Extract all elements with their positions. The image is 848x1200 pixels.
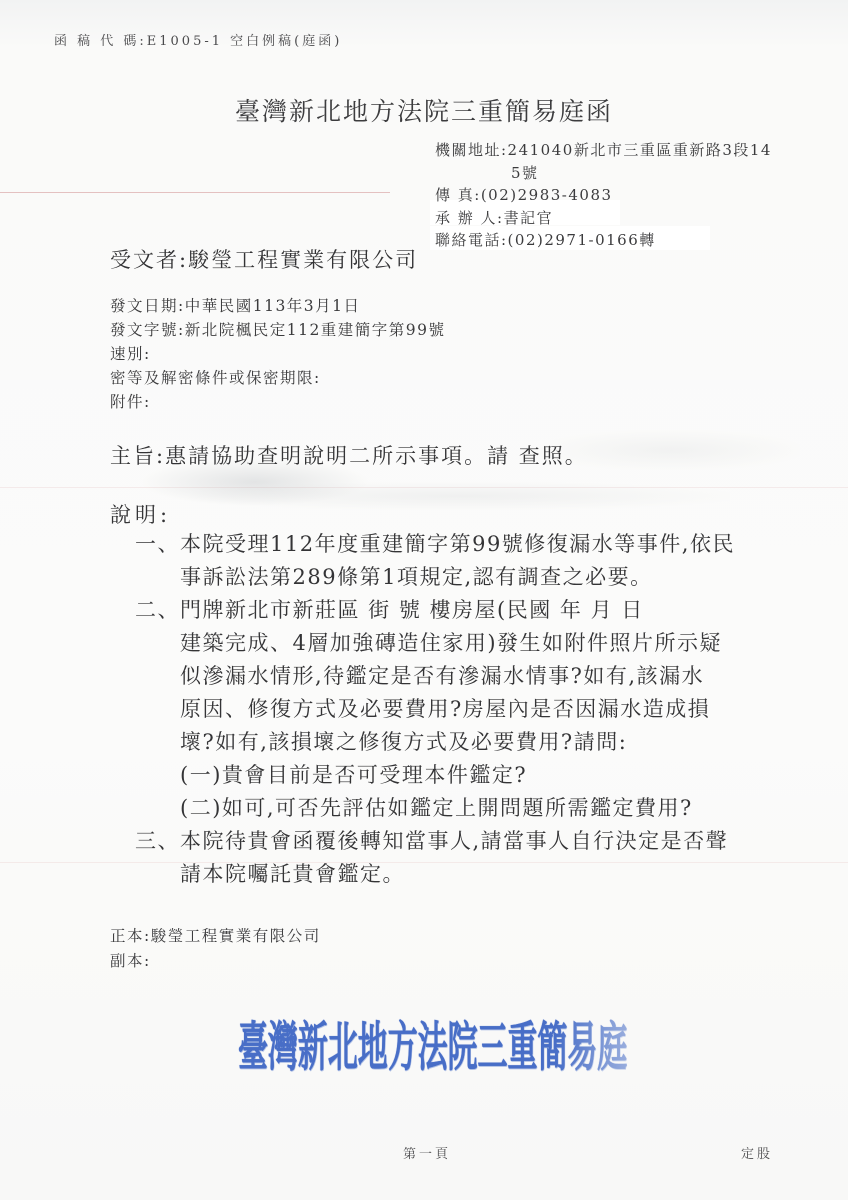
- agency-info-block: 機關地址:241040新北市三重區重新路3段14 5號 傳 真:(02)2983…: [435, 139, 772, 252]
- document-title: 臺灣新北地方法院三重簡易庭函: [0, 92, 848, 128]
- subject-line: 主旨:惠請協助查明說明二所示事項。請 查照。: [110, 440, 588, 470]
- meta-attachment: 附件:: [110, 390, 446, 414]
- copies-block: 正本:駿瑩工程實業有限公司 副本:: [110, 924, 321, 974]
- footer-page-number: 第一頁: [403, 1143, 451, 1162]
- agency-address-line2: 5號: [435, 162, 772, 185]
- scanned-page: 函 稿 代 碼:E1005-1 空白例稿(庭函) 臺灣新北地方法院三重簡易庭函 …: [0, 0, 848, 1200]
- meta-block: 發文日期:中華民國113年3月1日 發文字號:新北院楓民定112重建簡字第99號…: [110, 294, 446, 414]
- explanation-body: 一、本院受理112年度重建簡字第99號修復漏水等事件,依民 事訴訟法第289條第…: [110, 528, 800, 891]
- explanation-heading: 說明:: [110, 499, 171, 529]
- scan-artifact-line: [0, 487, 848, 488]
- duplicate-copy-line: 副本:: [110, 949, 321, 974]
- meta-doc-number: 發文字號:新北院楓民定112重建簡字第99號: [110, 318, 446, 342]
- agency-clerk: 承 辦 人:書記官: [435, 207, 772, 230]
- document-code: 函 稿 代 碼:E1005-1 空白例稿(庭函): [54, 30, 342, 49]
- agency-phone: 聯絡電話:(02)2971-0166轉: [435, 229, 772, 252]
- body-line: 三、本院待貴會函覆後轉知當事人,請當事人自行決定是否聲: [110, 825, 800, 858]
- court-stamp: 臺灣新北地方法院三重簡易庭: [238, 1006, 638, 1080]
- body-line: 一、本院受理112年度重建簡字第99號修復漏水等事件,依民: [110, 528, 800, 561]
- body-line: 請本院囑託貴會鑑定。: [110, 858, 800, 891]
- body-line: 事訴訟法第289條第1項規定,認有調查之必要。: [110, 561, 800, 594]
- agency-fax: 傳 真:(02)2983-4083: [435, 184, 772, 207]
- scan-artifact-line: [0, 192, 390, 193]
- footer-section-label: 定股: [741, 1143, 773, 1162]
- body-line: 似滲漏水情形,待鑑定是否有滲漏水情事?如有,該漏水: [110, 660, 800, 693]
- recipient-line: 受文者:駿瑩工程實業有限公司: [110, 244, 418, 274]
- court-stamp-text: 臺灣新北地方法院三重簡易庭: [238, 1005, 627, 1081]
- body-line: 原因、修復方式及必要費用?房屋內是否因漏水造成損: [110, 693, 800, 726]
- meta-issue-date: 發文日期:中華民國113年3月1日: [110, 294, 446, 318]
- body-line: 壞?如有,該損壞之修復方式及必要費用?請問:: [110, 726, 800, 759]
- body-line: (一)貴會目前是否可受理本件鑑定?: [110, 759, 800, 792]
- body-line: 建築完成、4層加強磚造住家用)發生如附件照片所示疑: [110, 627, 800, 660]
- agency-address-line1: 機關地址:241040新北市三重區重新路3段14: [435, 139, 772, 162]
- body-line: 二、門牌新北市新莊區 街 號 樓房屋(民國 年 月 日: [110, 594, 800, 627]
- body-line: (二)如可,可否先評估如鑑定上開問題所需鑑定費用?: [110, 792, 800, 825]
- meta-speed: 速別:: [110, 342, 446, 366]
- original-copy-line: 正本:駿瑩工程實業有限公司: [110, 924, 321, 949]
- meta-security: 密等及解密條件或保密期限:: [110, 366, 446, 390]
- scan-smudge: [190, 482, 730, 510]
